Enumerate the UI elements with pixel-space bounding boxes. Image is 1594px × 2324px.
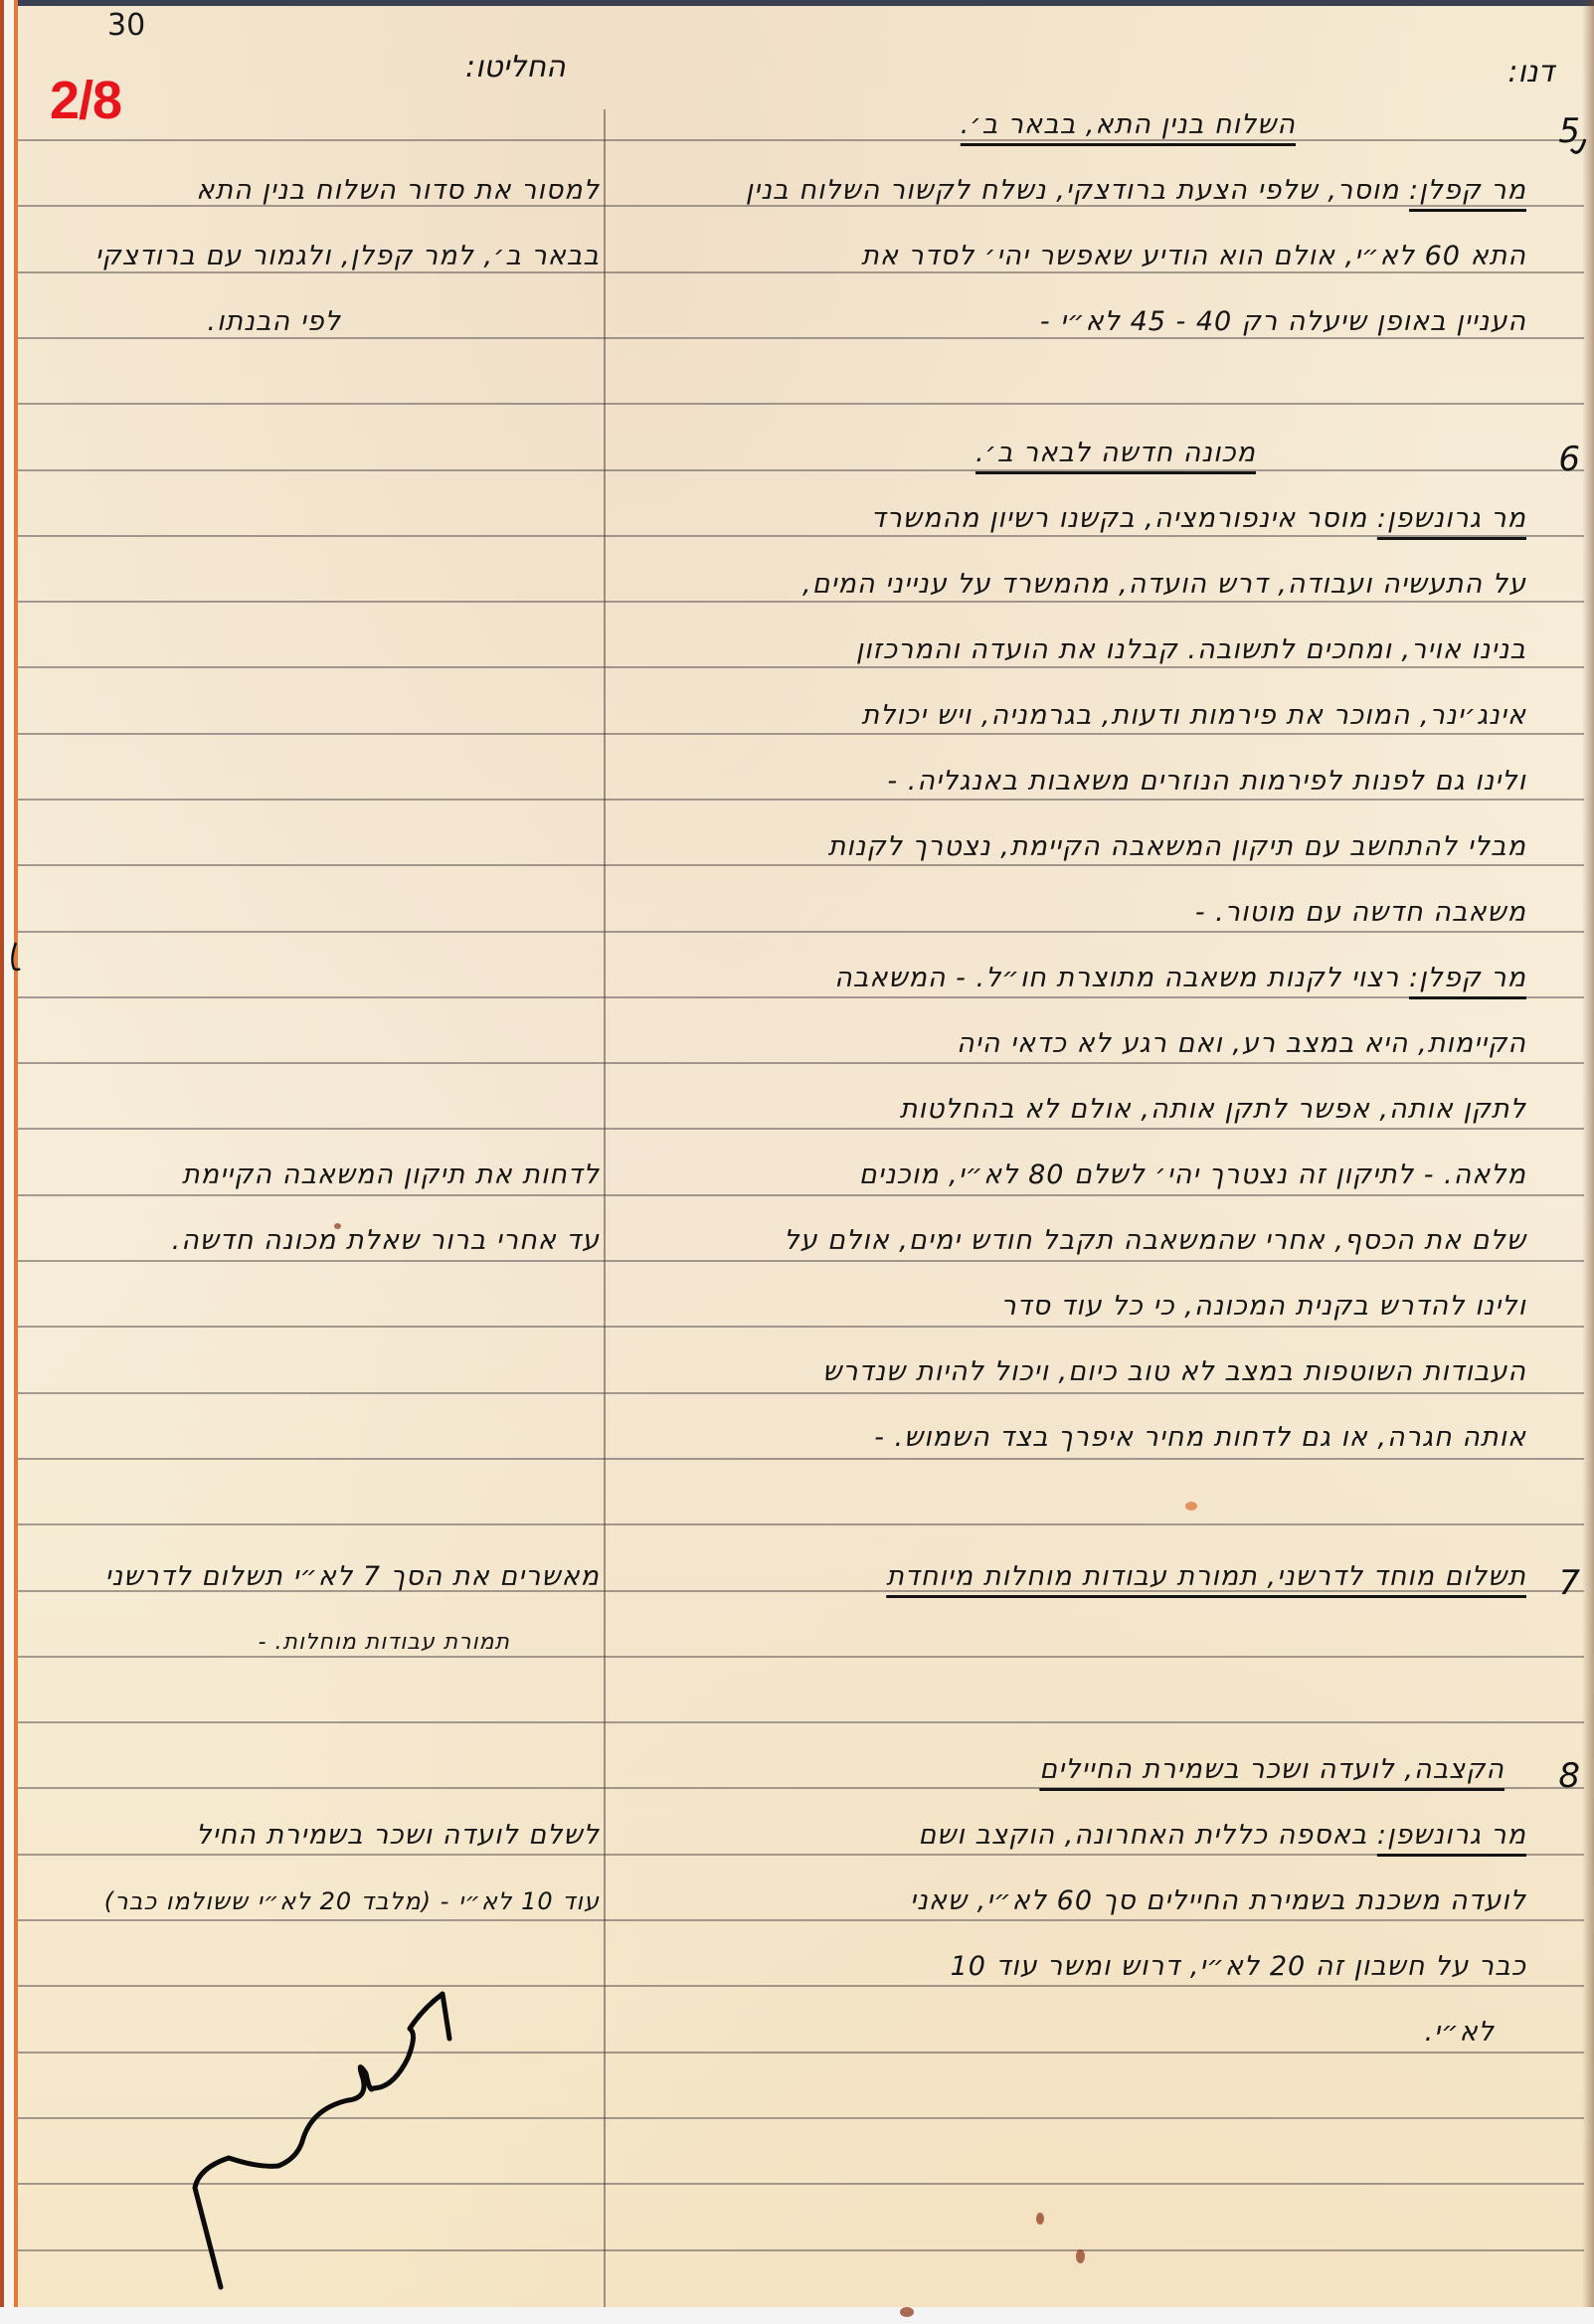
ink-spot [900, 2307, 914, 2317]
signature [0, 0, 1594, 2324]
ink-spot [1036, 2213, 1044, 2225]
ink-spot [334, 1223, 341, 1229]
rust-spot [1185, 1502, 1197, 1511]
ink-spot [1076, 2249, 1085, 2263]
